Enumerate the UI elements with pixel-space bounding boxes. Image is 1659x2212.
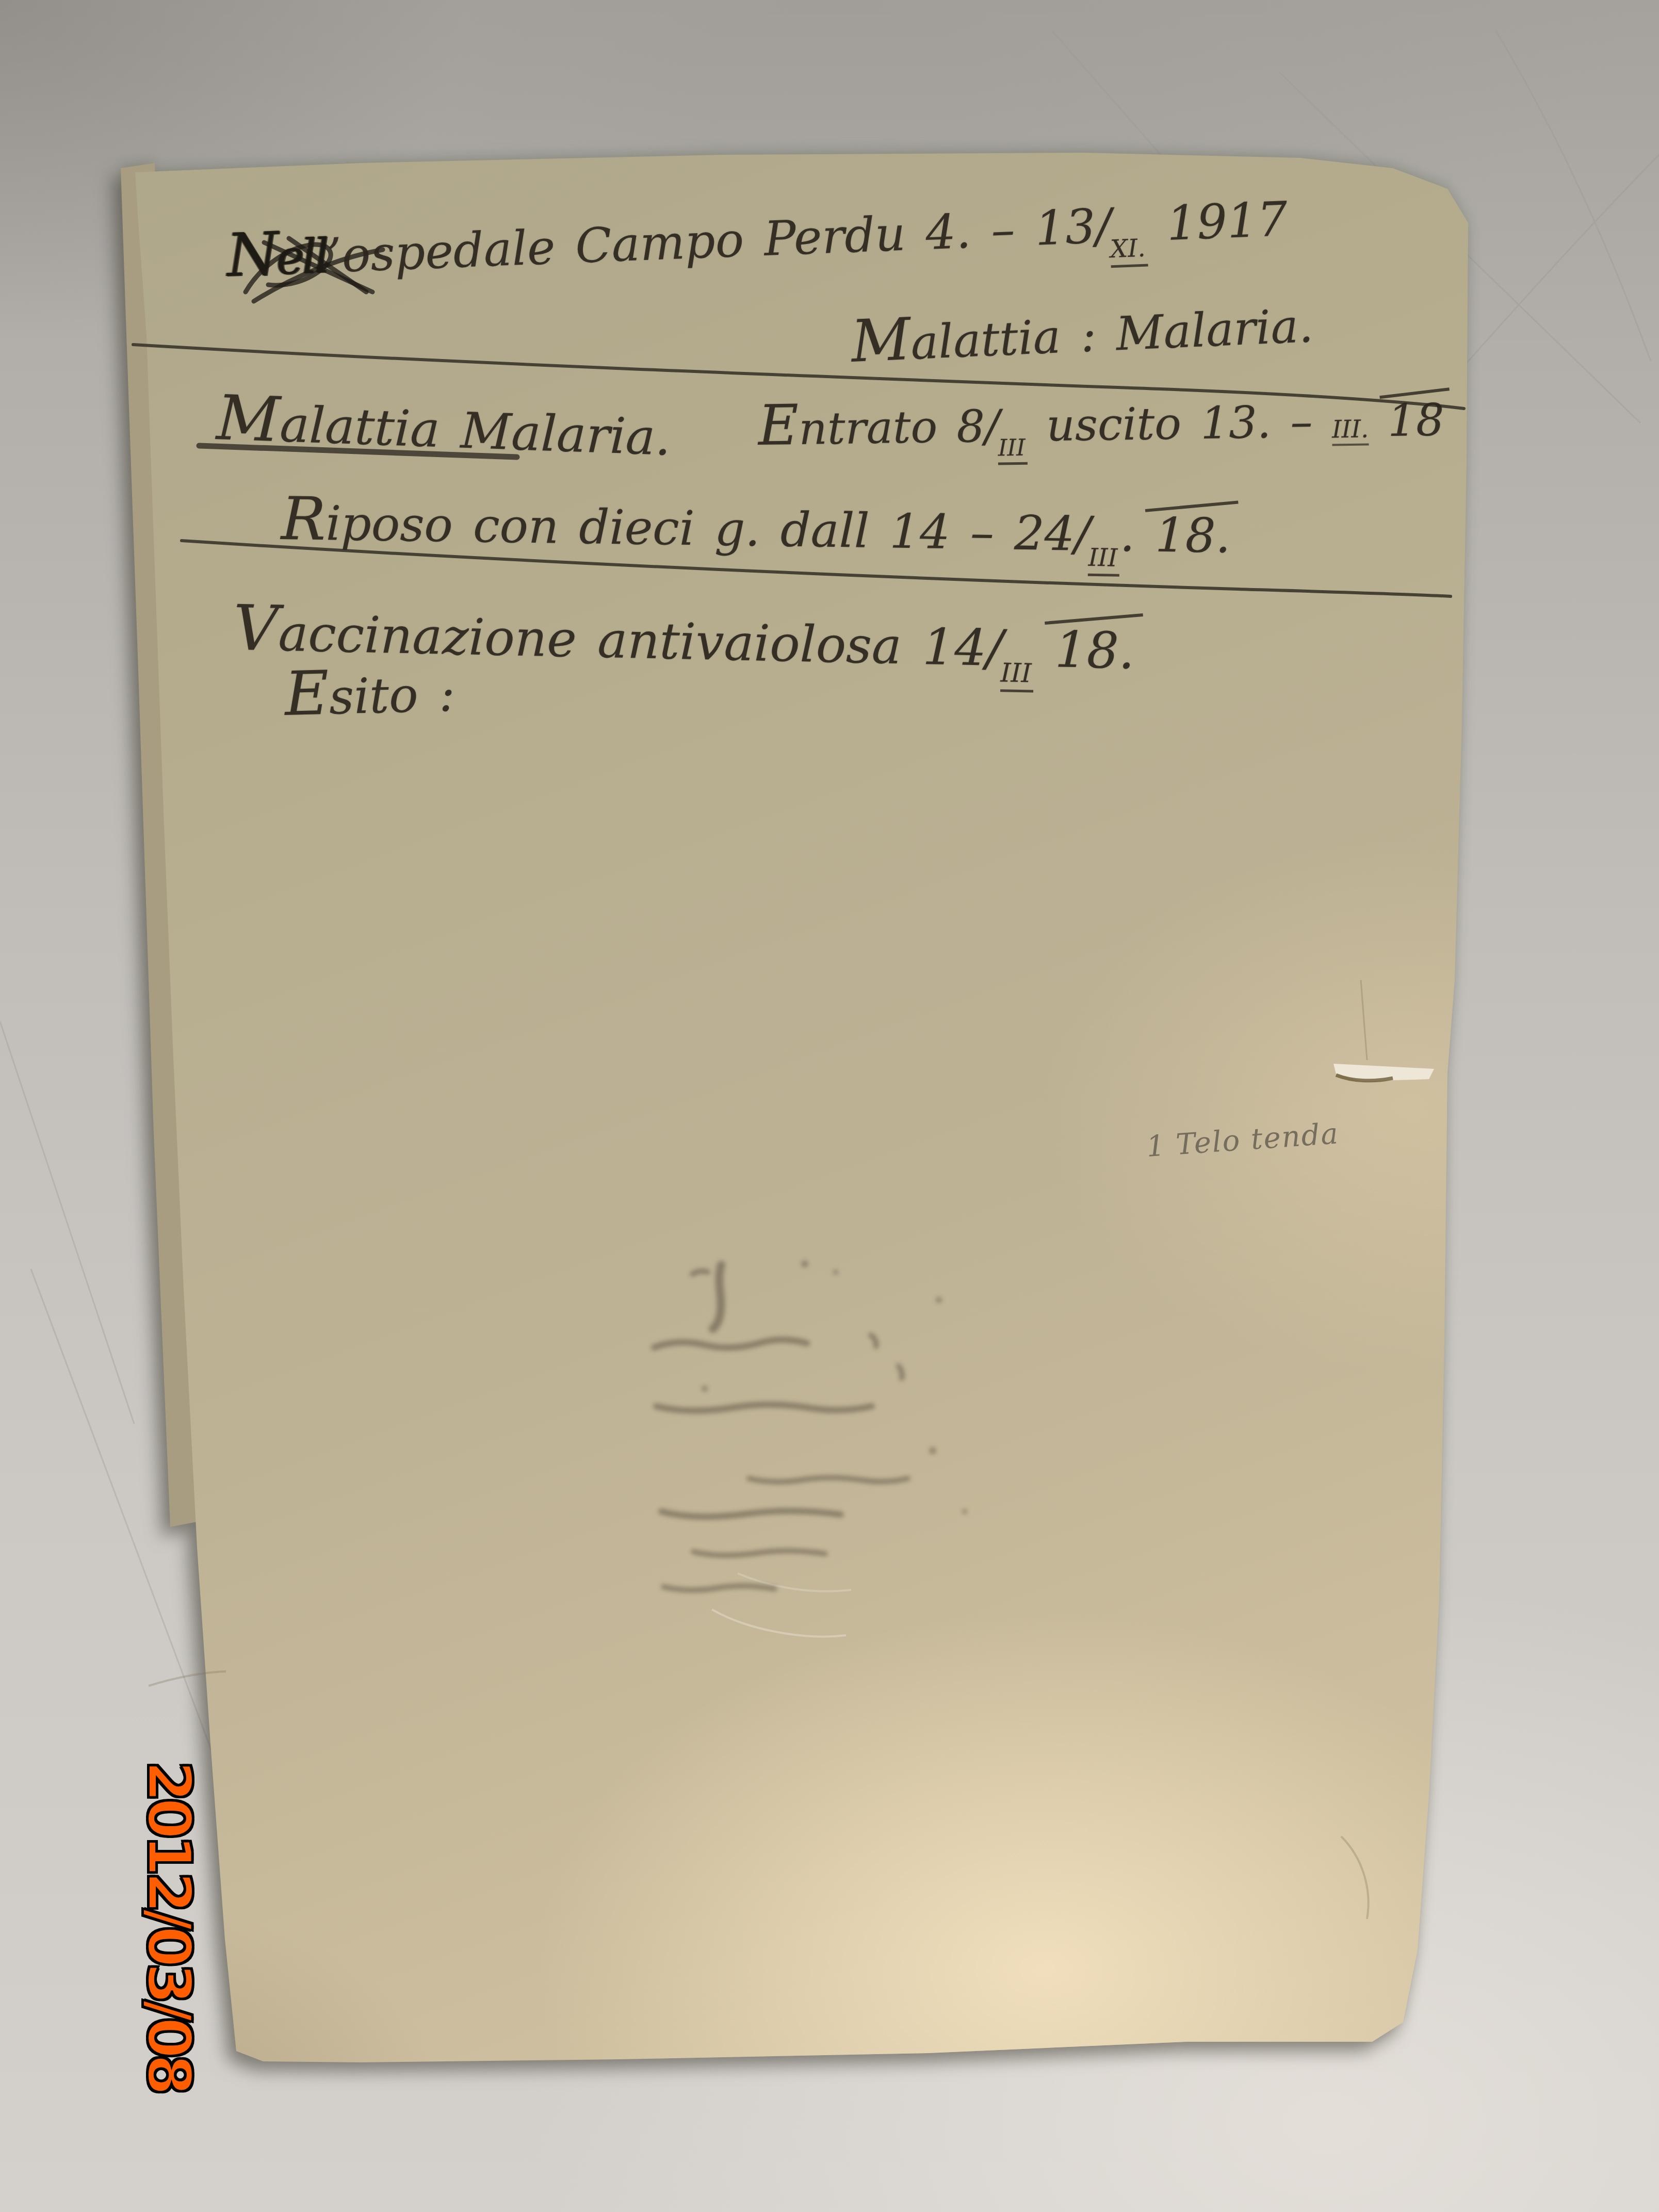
discharge-month-roman: III. <box>1332 415 1369 446</box>
vaccination-month-roman: III <box>1000 658 1034 692</box>
hospital-month-roman: XI. <box>1110 234 1148 268</box>
rest-month-roman: III <box>1088 544 1120 577</box>
paper-edge-shading <box>0 0 1659 2212</box>
admission-month-roman: III <box>998 434 1028 465</box>
admission-year: 18 <box>1387 395 1444 446</box>
rest-separator: . <box>1119 507 1156 563</box>
rest-year: 18. <box>1155 508 1231 564</box>
admission-discharge-line: Entrato 8/III uscito 13. – III. 18 <box>758 384 1445 468</box>
scrawled-word: Nell <box>226 229 328 287</box>
vaccination-year: 18. <box>1054 621 1135 680</box>
rest-text: Riposo con dieci g. dall 14 – 24/ <box>281 495 1091 562</box>
date-stamp: 2012/03/08 <box>134 1761 204 2091</box>
discharge-text: uscito 13. – <box>1027 396 1332 451</box>
rest-prescription-line: Riposo con dieci g. dall 14 – 24/III. 18… <box>281 485 1231 578</box>
hospital-year: 1917 <box>1166 191 1289 251</box>
paper-stack <box>0 0 1659 2212</box>
outcome-line: Esito : <box>284 655 456 729</box>
admission-text: Entrato 8/ <box>758 400 1000 456</box>
photo-canvas: Nell’ospedale Campo Perdu 4. – 13/XI. 19… <box>0 0 1659 2212</box>
